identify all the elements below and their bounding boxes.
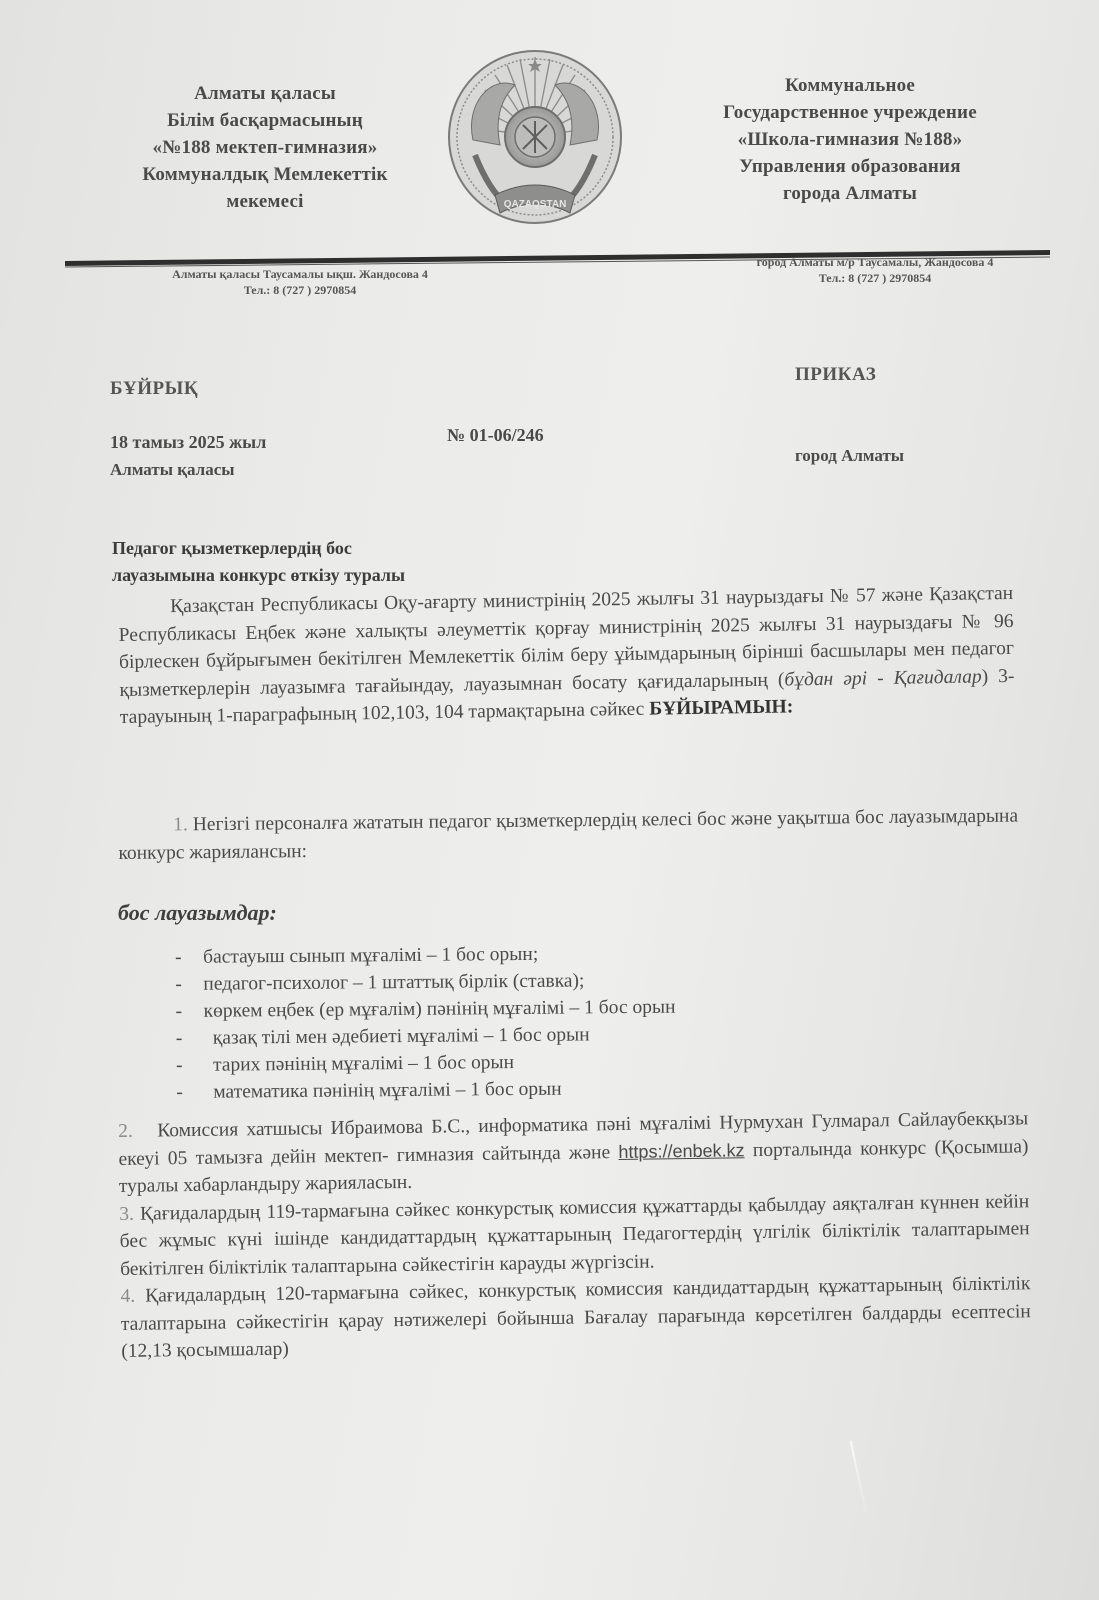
list-item: -көркем еңбек (ер мұғалім) пәнінің мұғал… bbox=[175, 994, 675, 1025]
paper-crease bbox=[850, 1441, 869, 1520]
list-item: -педагог-психолог – 1 штаттық бірлік (ст… bbox=[175, 967, 675, 998]
item-number: 3. bbox=[119, 1203, 134, 1224]
svg-text:QAZAQSTAN: QAZAQSTAN bbox=[504, 199, 567, 210]
header-ru-line: Управления образования bbox=[685, 153, 1015, 180]
dash-bullet-icon: - bbox=[175, 944, 203, 971]
header-kz-line: Алматы қаласы bbox=[100, 80, 430, 107]
vacancy-text: математика пәнінің мұғалімі – 1 бос орын bbox=[204, 1076, 562, 1106]
order-title-ru: ПРИКАЗ bbox=[795, 364, 876, 386]
header-ru-line: Коммунальное bbox=[685, 72, 1015, 99]
preamble-command: БҰЙЫРАМЫН: bbox=[649, 696, 793, 719]
header-ru-line: «Школа-гимназия №188» bbox=[685, 126, 1015, 153]
address-ru: город Алматы м/р Таусамалы, Жандосова 4 … bbox=[715, 254, 1035, 286]
vacancy-list: -бастауыш сынып мұғалімі – 1 бос орын; -… bbox=[175, 940, 676, 1106]
item-text: Қағидалардың 120-тармағына сәйкес, конку… bbox=[121, 1273, 1031, 1362]
item-text: Қағидалардың 119-тармағына сәйкес конкур… bbox=[120, 1191, 1030, 1280]
order-item-4: 4. Қағидалардың 120-тармағына сәйкес, ко… bbox=[120, 1270, 1031, 1365]
vacancies-title: бос лауазымдар: bbox=[118, 900, 277, 926]
vacancy-text: педагог-психолог – 1 штаттық бірлік (ста… bbox=[203, 967, 584, 997]
order-title-kz: БҰЙРЫҚ bbox=[110, 378, 198, 400]
address-ru-phone: Тел.: 8 (727 ) 2970854 bbox=[715, 270, 1035, 286]
order-item-1: 1. Негізгі персоналға жататын педагог қы… bbox=[118, 803, 1019, 867]
item-number: 4. bbox=[120, 1286, 135, 1307]
header-kz-line: «№188 мектеп-гимназия» bbox=[100, 134, 430, 161]
vacancy-text: тарих пәнінің мұғалімі – 1 бос орын bbox=[204, 1049, 514, 1079]
dash-bullet-icon: - bbox=[176, 1025, 204, 1052]
order-city-kz: Алматы қаласы bbox=[110, 460, 235, 480]
address-kz-phone: Тел.: 8 (727 ) 2970854 bbox=[120, 282, 480, 298]
dash-bullet-icon: - bbox=[175, 971, 203, 998]
header-ru-line: города Алматы bbox=[685, 180, 1015, 207]
address-kz-street: Алматы қаласы Таусамалы ықш. Жандосова 4 bbox=[120, 266, 480, 282]
order-city-ru: город Алматы bbox=[795, 446, 904, 466]
header-kz-line: Коммуналдық Мемлекеттік bbox=[100, 161, 430, 188]
item-number: 1. bbox=[173, 814, 188, 835]
document-page: Алматы қаласы Білім басқармасының «№188 … bbox=[0, 0, 1099, 1600]
order-items-rest: 2. Комиссия хатшысы Ибраимова Б.С., инфо… bbox=[118, 1105, 1031, 1365]
order-item-3: 3. Қағидалардың 119-тармағына сәйкес кон… bbox=[119, 1188, 1030, 1283]
header-kz-line: Білім басқармасының bbox=[100, 107, 430, 134]
order-subject: Педагог қызметкерлердің бос лауазымына к… bbox=[112, 535, 405, 589]
list-item: -бастауыш сынып мұғалімі – 1 бос орын; bbox=[175, 940, 675, 971]
subject-line: лауазымына конкурс өткізу туралы bbox=[112, 562, 405, 589]
dash-bullet-icon: - bbox=[176, 1052, 204, 1079]
address-kz: Алматы қаласы Таусамалы ықш. Жандосова 4… bbox=[120, 266, 480, 298]
subject-line: Педагог қызметкерлердің бос bbox=[112, 535, 405, 562]
order-number: № 01-06/246 bbox=[447, 425, 544, 446]
order-item-2: 2. Комиссия хатшысы Ибраимова Б.С., инфо… bbox=[118, 1105, 1029, 1200]
vacancy-text: көркем еңбек (ер мұғалім) пәнінің мұғалі… bbox=[203, 994, 675, 1025]
list-item: -математика пәнінің мұғалімі – 1 бос оры… bbox=[176, 1075, 676, 1106]
preamble-italic: бұдан әрі - Қағидалар bbox=[784, 666, 982, 690]
dash-bullet-icon: - bbox=[176, 1079, 204, 1106]
vacancy-text: бастауыш сынып мұғалімі – 1 бос орын; bbox=[203, 941, 538, 971]
order-preamble: Қазақстан Республикасы Оқу-ағарту минист… bbox=[118, 580, 1015, 732]
header-ru-line: Государственное учреждение bbox=[685, 99, 1015, 126]
kazakhstan-state-emblem-icon: QAZAQSTAN bbox=[445, 45, 625, 230]
item-text: Негізгі персоналға жататын педагог қызме… bbox=[118, 806, 1018, 864]
order-date: 18 тамыз 2025 жыл bbox=[110, 432, 266, 453]
header-org-ru: Коммунальное Государственное учреждение … bbox=[685, 72, 1015, 207]
vacancy-text: қазақ тілі мен әдебиеті мұғалімі – 1 бос… bbox=[204, 1021, 590, 1051]
enbek-portal-link[interactable]: https://enbek.kz bbox=[618, 1140, 744, 1162]
header-kz-line: мекемесі bbox=[100, 188, 430, 215]
item-number: 2. bbox=[118, 1121, 133, 1142]
dash-bullet-icon: - bbox=[175, 998, 203, 1025]
header-org-kz: Алматы қаласы Білім басқармасының «№188 … bbox=[100, 80, 430, 215]
address-ru-street: город Алматы м/р Таусамалы, Жандосова 4 bbox=[715, 254, 1035, 270]
